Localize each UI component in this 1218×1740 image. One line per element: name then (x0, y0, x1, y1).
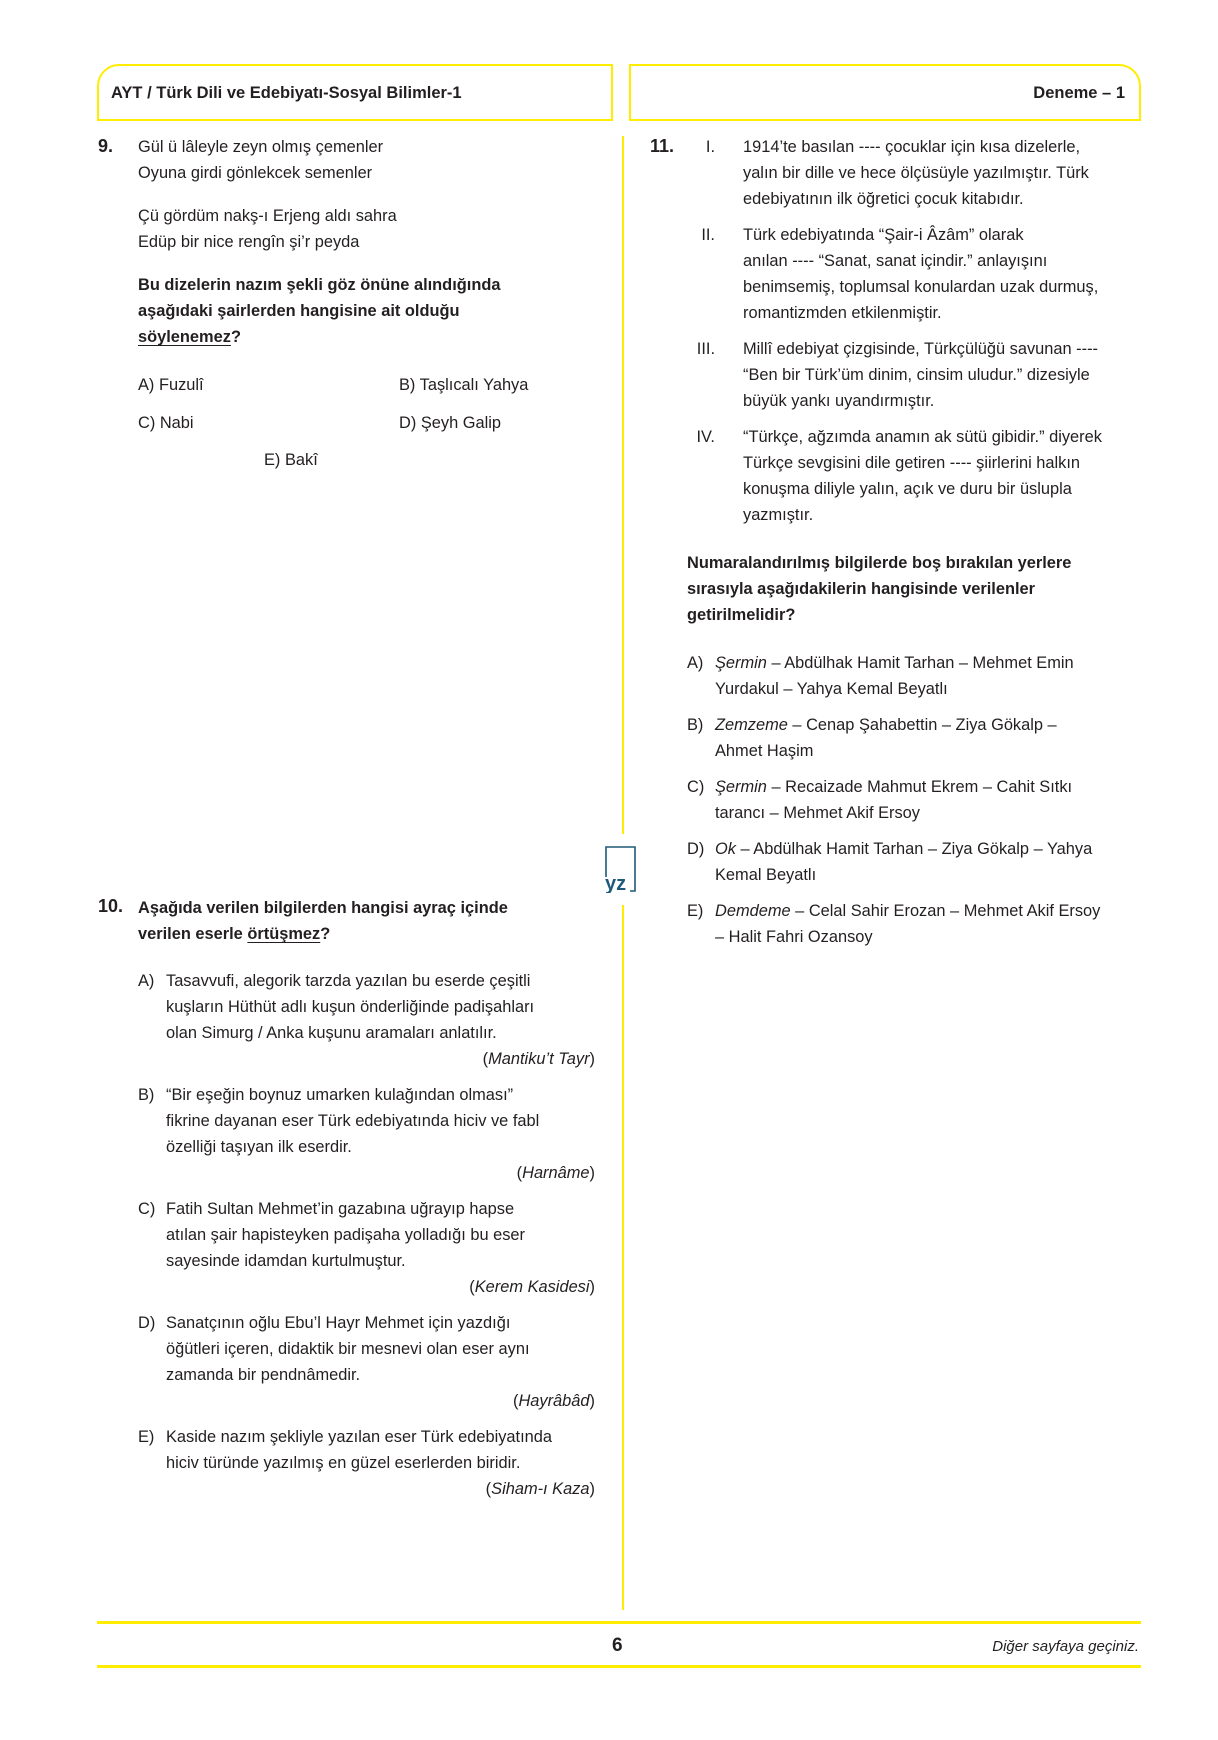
option-letter: B) (138, 1082, 154, 1108)
question-11-option-d[interactable]: D)Ok – Abdülhak Hamit Tarhan – Ziya Göka… (687, 836, 1139, 888)
statement-line: yazmıştır. (743, 502, 813, 528)
page-number: 6 (612, 1635, 623, 1657)
option-letter: B) (687, 712, 703, 738)
option-work-title: (Hayrâbâd) (513, 1388, 595, 1414)
option-letter: C) (687, 774, 704, 800)
statement-line: Türk edebiyatında “Şair-i Âzâm” olarak (743, 222, 1024, 248)
option-text-line: atılan şair hapisteyken padişaha yolladı… (166, 1222, 525, 1248)
option-work-title: Ok (715, 840, 736, 858)
option-work-title: Demdeme (715, 902, 791, 920)
question-11-stem-1: Numaralandırılmış bilgilerde boş bırakıl… (687, 550, 1071, 576)
option-text-line: Şermin – Abdülhak Hamit Tarhan – Mehmet … (715, 650, 1074, 676)
footer-top-rule (97, 1621, 1141, 1624)
question-10-negation: örtüşmez (247, 925, 320, 943)
statement-line: konuşma diliyle yalın, açık ve duru bir … (743, 476, 1072, 502)
option-text-line: Demdeme – Celal Sahir Erozan – Mehmet Ak… (715, 898, 1100, 924)
option-text-line: öğütleri içeren, didaktik bir mesnevi ol… (166, 1336, 530, 1362)
option-work-title: (Mantiku’t Tayr) (483, 1046, 595, 1072)
option-letter: E) (138, 1424, 154, 1450)
question-9-stem-1: Bu dizelerin nazım şekli göz önüne alınd… (138, 272, 500, 298)
option-letter: D) (687, 836, 704, 862)
question-10-stem-2: verilen eserle örtüşmez? (138, 921, 330, 947)
question-10-option-a[interactable]: A)Tasavvufi, alegorik tarzda yazılan bu … (138, 968, 595, 1072)
question-10-option-e[interactable]: E)Kaside nazım şekliyle yazılan eser Tür… (138, 1424, 595, 1502)
option-text-line: Şermin – Recaizade Mahmut Ekrem – Cahit … (715, 774, 1072, 800)
option-work-title: Şermin (715, 654, 767, 672)
header-right-box: Deneme – 1 (629, 64, 1141, 121)
question-10-option-b[interactable]: B)“Bir eşeğin boynuz umarken kulağından … (138, 1082, 595, 1186)
statement-line: edebiyatının ilk öğretici çocuk kitabıdı… (743, 186, 1024, 212)
option-work-title: (Harnâme) (517, 1160, 595, 1186)
question-9-verse-1: Gül ü lâleyle zeyn olmış çemenler (138, 134, 383, 160)
svg-text:yz: yz (605, 873, 626, 893)
question-11-option-b[interactable]: B)Zemzeme – Cenap Şahabettin – Ziya Göka… (687, 712, 1139, 764)
question-10-option-c[interactable]: C)Fatih Sultan Mehmet’in gazabına uğrayı… (138, 1196, 595, 1300)
yz-logo-icon: yz (604, 845, 637, 893)
option-text-line: Ahmet Haşim (715, 738, 813, 764)
statement-line: 1914’te basılan ---- çocuklar için kısa … (743, 134, 1080, 160)
option-work-title: (Kerem Kasidesi) (469, 1274, 595, 1300)
question-9-option-a[interactable]: A) Fuzulî (138, 372, 204, 398)
question-11-number: 11. (650, 136, 674, 157)
option-text-line: Sanatçının oğlu Ebu’l Hayr Mehmet için y… (166, 1310, 510, 1336)
header-left-box: AYT / Türk Dili ve Edebiyatı-Sosyal Bili… (97, 64, 613, 121)
option-text-line: Tasavvufi, alegorik tarzda yazılan bu es… (166, 968, 530, 994)
option-letter: A) (138, 968, 154, 994)
footer-bottom-rule (97, 1665, 1141, 1668)
option-text-line: Fatih Sultan Mehmet’in gazabına uğrayıp … (166, 1196, 514, 1222)
roman-numeral: I. (706, 134, 715, 160)
question-11-stem-2: sırasıyla aşağıdakilerin hangisinde veri… (687, 576, 1035, 602)
option-text-line: fikrine dayanan eser Türk edebiyatında h… (166, 1108, 539, 1134)
question-9-option-b[interactable]: B) Taşlıcalı Yahya (399, 372, 528, 398)
option-work-title: Zemzeme (715, 716, 788, 734)
option-text-line: Ok – Abdülhak Hamit Tarhan – Ziya Gökalp… (715, 836, 1092, 862)
option-text-line: özelliği taşıyan ilk eserdir. (166, 1134, 352, 1160)
question-9-option-d[interactable]: D) Şeyh Galip (399, 410, 501, 436)
statement-line: romantizmden etkilenmiştir. (743, 300, 942, 326)
question-9-stem-3: söylenemez? (138, 324, 241, 350)
statement-line: “Ben bir Türk’üm dinim, cinsim uludur.” … (743, 362, 1090, 388)
option-text-line: hiciv türünde yazılmış en güzel eserlerd… (166, 1450, 520, 1476)
roman-numeral: III. (697, 336, 715, 362)
exam-title: AYT / Türk Dili ve Edebiyatı-Sosyal Bili… (111, 84, 462, 103)
option-text-line: olan Simurg / Anka kuşunu aramaları anla… (166, 1020, 497, 1046)
question-10-number: 10. (98, 896, 123, 917)
option-letter: E) (687, 898, 703, 924)
option-text-line: sayesinde idamdan kurtulmuştur. (166, 1248, 406, 1274)
statement-line: benimsemiş, toplumsal konulardan uzak du… (743, 274, 1098, 300)
question-11-option-a[interactable]: A)Şermin – Abdülhak Hamit Tarhan – Mehme… (687, 650, 1139, 702)
column-divider-top (622, 136, 624, 834)
statement-line: yalın bir dille ve hece ölçüsüyle yazılm… (743, 160, 1089, 186)
statement-line: Türkçe sevgisini dile getiren ---- şiirl… (743, 450, 1080, 476)
question-11-stem-3: getirilmelidir? (687, 602, 795, 628)
option-text-line: kuşların Hüthüt adlı kuşun önderliğinde … (166, 994, 534, 1020)
question-9-option-e[interactable]: E) Bakî (264, 447, 318, 473)
question-10-option-d[interactable]: D)Sanatçının oğlu Ebu’l Hayr Mehmet için… (138, 1310, 595, 1414)
roman-numeral: II. (701, 222, 715, 248)
column-divider-bottom (622, 905, 624, 1610)
question-9-option-c[interactable]: C) Nabi (138, 410, 194, 436)
statement-line: büyük yankı uyandırmıştır. (743, 388, 934, 414)
roman-numeral: IV. (696, 424, 715, 450)
option-text-line: Zemzeme – Cenap Şahabettin – Ziya Gökalp… (715, 712, 1057, 738)
question-9-verse-2: Oyuna girdi gönlekcek semenler (138, 160, 372, 186)
question-9-negation: söylenemez (138, 328, 231, 346)
option-text-line: tarancı – Mehmet Akif Ersoy (715, 800, 920, 826)
question-9-stem-2: aşağıdaki şairlerden hangisine ait olduğ… (138, 298, 460, 324)
exam-edition: Deneme – 1 (1033, 84, 1125, 103)
statement-line: “Türkçe, ağzımda anamın ak sütü gibidir.… (743, 424, 1102, 450)
option-text-line: Kaside nazım şekliyle yazılan eser Türk … (166, 1424, 552, 1450)
option-text-line: – Halit Fahri Ozansoy (715, 924, 873, 950)
question-9-number: 9. (98, 136, 113, 157)
question-9-verse-4: Edüp bir nice rengîn şi’r peyda (138, 229, 359, 255)
next-page-note: Diğer sayfaya geçiniz. (992, 1638, 1139, 1655)
question-11-option-c[interactable]: C)Şermin – Recaizade Mahmut Ekrem – Cahi… (687, 774, 1139, 826)
question-9-verse-3: Çü gördüm nakş-ı Erjeng aldı sahra (138, 203, 397, 229)
option-letter: D) (138, 1310, 155, 1336)
option-text-line: Yurdakul – Yahya Kemal Beyatlı (715, 676, 948, 702)
statement-line: Millî edebiyat çizgisinde, Türkçülüğü sa… (743, 336, 1098, 362)
statement-line: anılan ---- “Sanat, sanat içindir.” anla… (743, 248, 1047, 274)
question-11-option-e[interactable]: E)Demdeme – Celal Sahir Erozan – Mehmet … (687, 898, 1139, 950)
option-text-line: zamanda bir pendnâmedir. (166, 1362, 360, 1388)
option-text-line: Kemal Beyatlı (715, 862, 816, 888)
option-work-title: (Siham-ı Kaza) (486, 1476, 595, 1502)
question-10-stem-1: Aşağıda verilen bilgilerden hangisi ayra… (138, 895, 508, 921)
option-letter: A) (687, 650, 703, 676)
option-letter: C) (138, 1196, 155, 1222)
option-work-title: Şermin (715, 778, 767, 796)
option-text-line: “Bir eşeğin boynuz umarken kulağından ol… (166, 1082, 513, 1108)
